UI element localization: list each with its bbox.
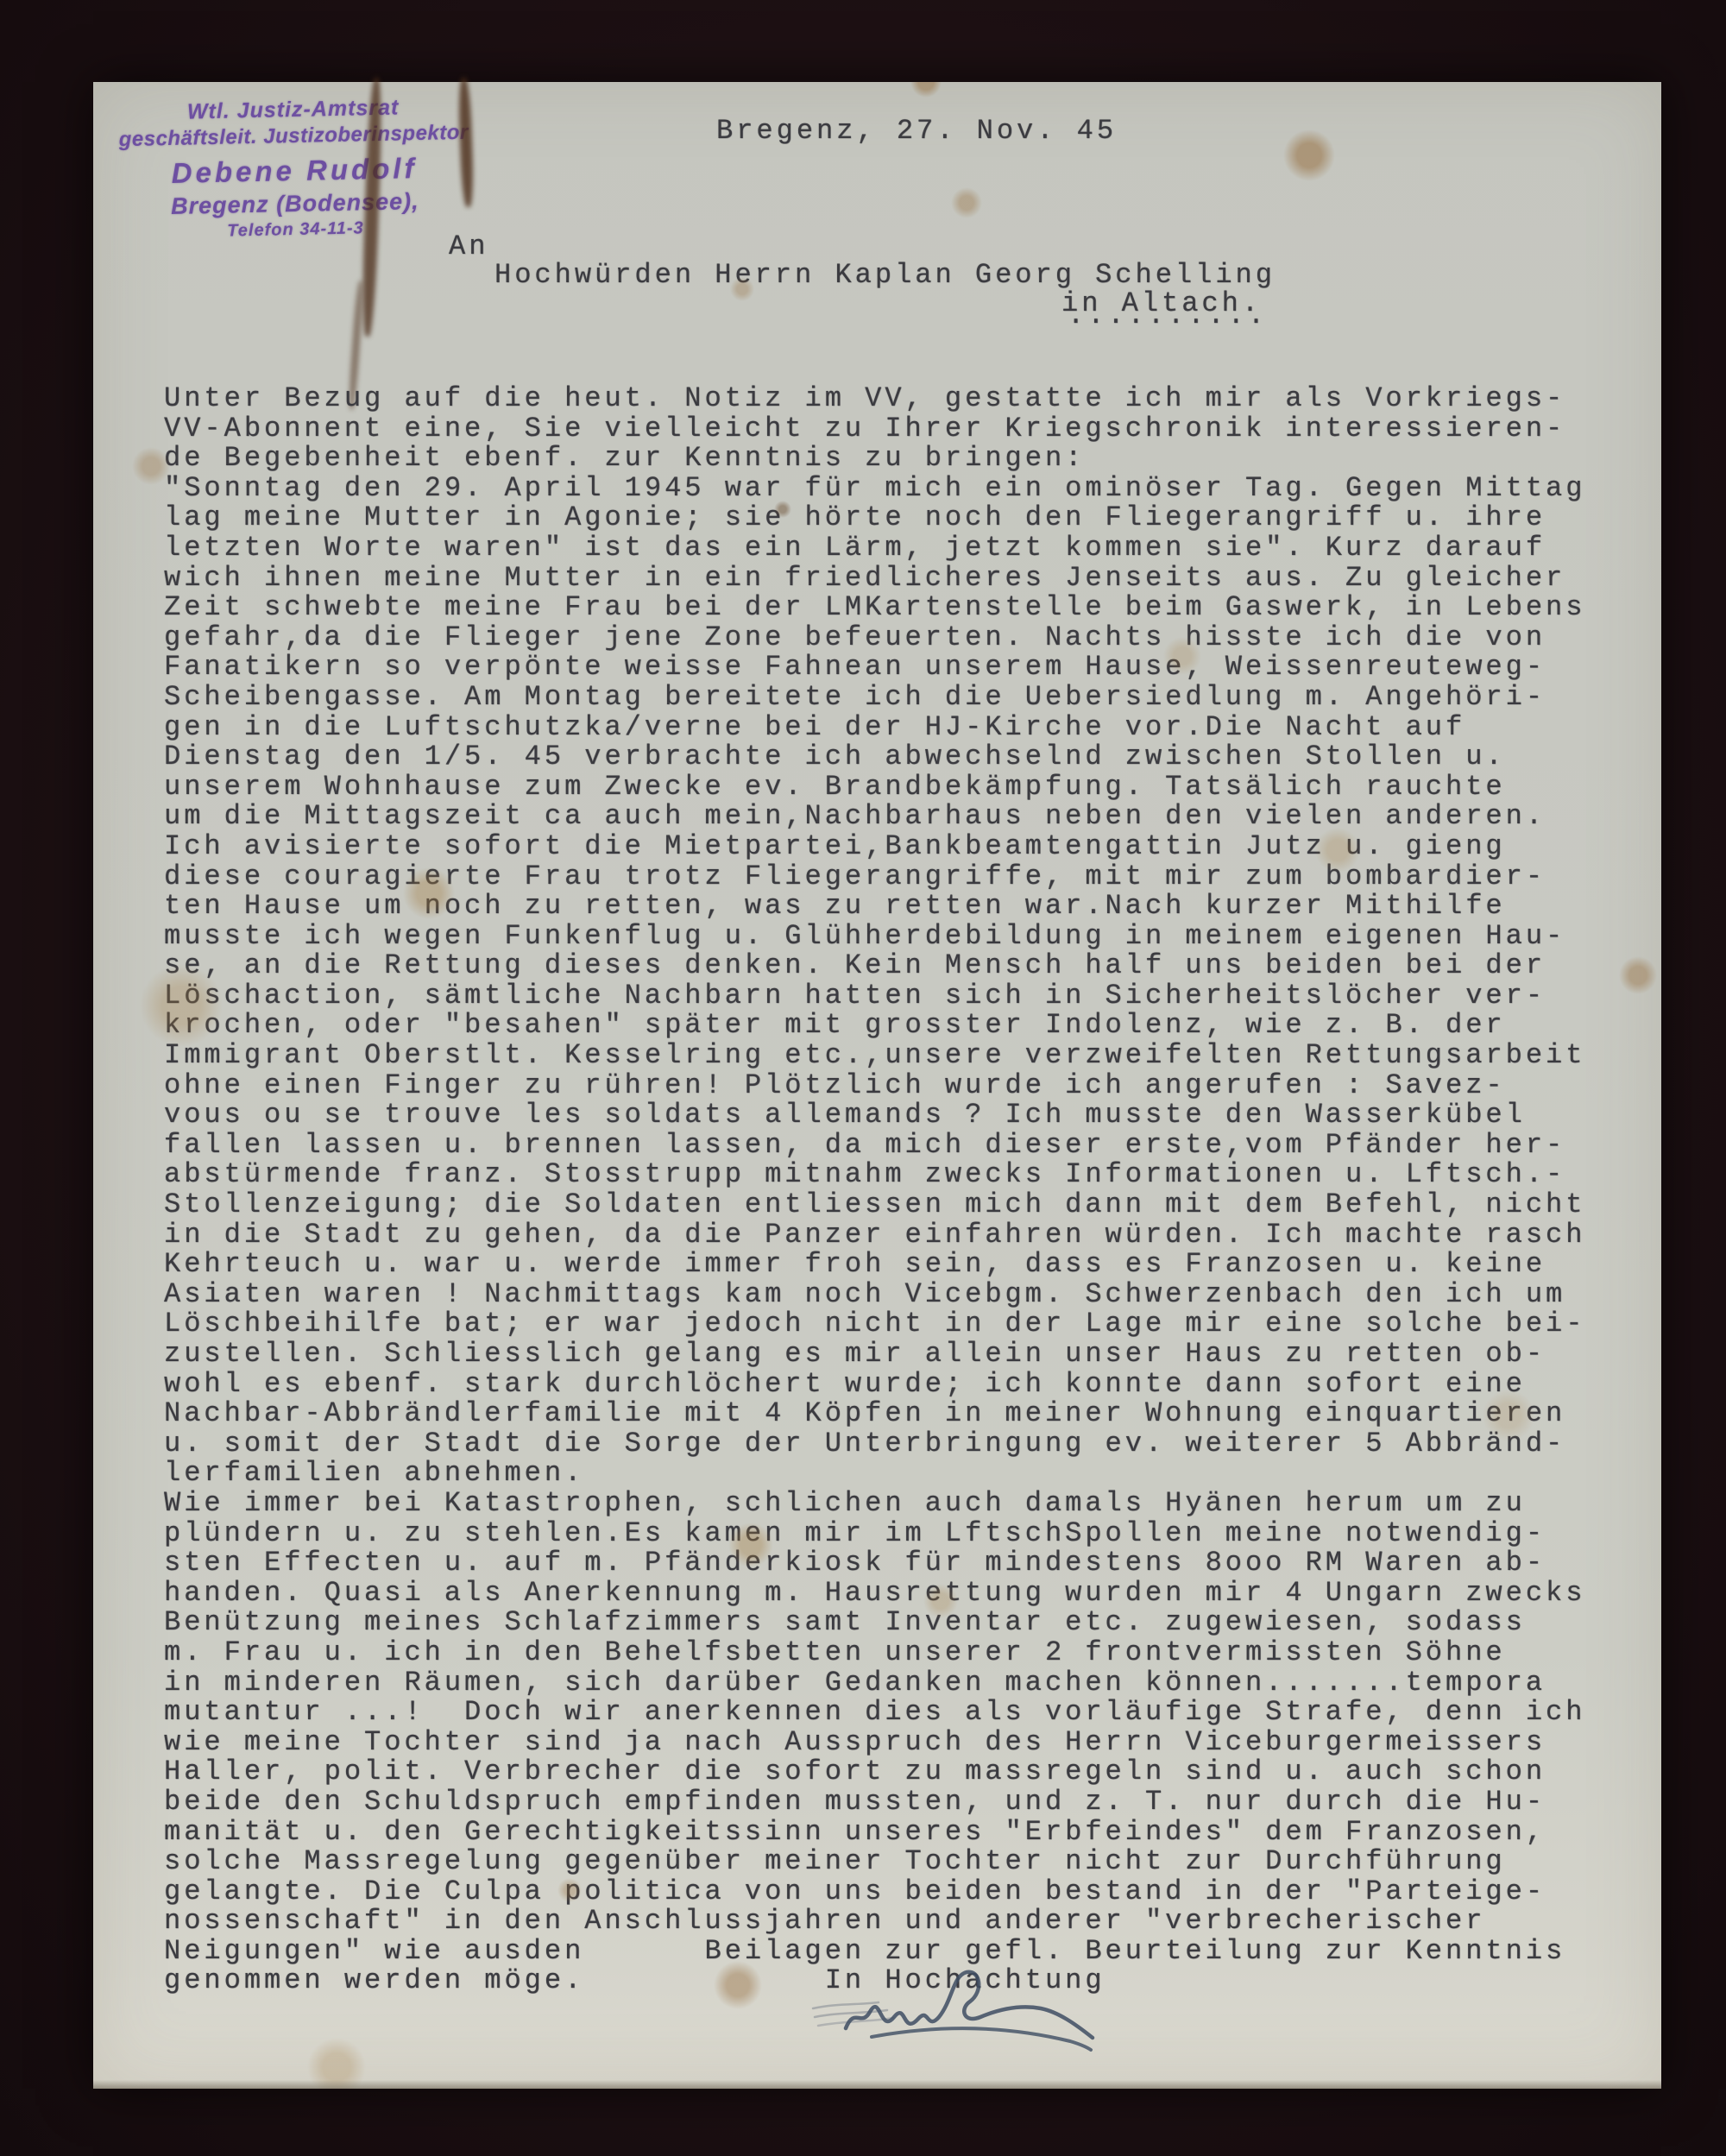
letter-line: Wie immer bei Katastrophen, schlichen au… — [164, 1489, 1648, 1519]
letter-line: wohl es ebenf. stark durchlöchert wurde;… — [164, 1370, 1648, 1400]
handwritten-signature — [811, 1955, 1122, 2067]
letter-line: Löschaction, sämtliche Nachbarn hatten s… — [164, 981, 1648, 1012]
letter-line: Nachbar-Abbrändlerfamilie mit 4 Köpfen i… — [164, 1399, 1648, 1429]
letter-line: nossenschaft" in den Anschlussjahren und… — [164, 1907, 1648, 1937]
letter-line: lerfamilien abnehmen. — [164, 1459, 1648, 1489]
date-line: Bregenz, 27. Nov. 45 — [716, 115, 1117, 147]
letter-line: lag meine Mutter in Agonie; sie hörte no… — [164, 503, 1648, 533]
letter-line: Ich avisierte sofort die Mietpartei,Bank… — [164, 832, 1648, 862]
letter-line: sten Effecten u. auf m. Pfänderkiosk für… — [164, 1548, 1648, 1579]
office-stamp: Wtl. Justiz-Amtsratgeschäftsleit. Justiz… — [98, 91, 489, 244]
letter-line: plündern u. zu stehlen.Es kamen mir im L… — [164, 1519, 1648, 1549]
recipient-underline-dots: .......... — [1068, 299, 1268, 331]
letter-line: krochen, oder "besahen" später mit gross… — [164, 1011, 1648, 1041]
letter-line: diese couragierte Frau trotz Fliegerangr… — [164, 862, 1648, 892]
letter-line: abstürmende franz. Stosstrupp mitnahm zw… — [164, 1160, 1648, 1190]
letter-line: in minderen Räumen, sich darüber Gedanke… — [164, 1668, 1648, 1699]
letter-line: m. Frau u. ich in den Behelfsbetten unse… — [164, 1638, 1648, 1668]
letter-line: Fanatikern so verpönte weisse Fahnean un… — [164, 652, 1648, 683]
paper-bottom-edge — [93, 2080, 1661, 2089]
letter-line: gefahr,da die Flieger jene Zone befeuert… — [164, 623, 1648, 653]
letter-line: um die Mittagszeit ca auch mein,Nachbarh… — [164, 802, 1648, 832]
letter-line: manität u. den Gerechtigkeitssinn unsere… — [164, 1818, 1648, 1848]
letter-line: Benützung meines Schlafzimmers samt Inve… — [164, 1608, 1648, 1638]
letter-line: gelangte. Die Culpa politica von uns bei… — [164, 1877, 1648, 1907]
letter-line: Kehrteuch u. war u. werde immer froh sei… — [164, 1250, 1648, 1280]
letter-line: Scheibengasse. Am Montag bereitete ich d… — [164, 683, 1648, 713]
letter-line: u. somit der Stadt die Sorge der Unterbr… — [164, 1429, 1648, 1459]
letter-line: unserem Wohnhause zum Zwecke ev. Brandbe… — [164, 772, 1648, 803]
letter-line: beide den Schuldspruch empfinden mussten… — [164, 1787, 1648, 1818]
letter-line: zustellen. Schliesslich gelang es mir al… — [164, 1340, 1648, 1370]
letter-line: Löschbeihilfe bat; er war jedoch nicht i… — [164, 1309, 1648, 1340]
letter-line: ohne einen Finger zu rühren! Plötzlich w… — [164, 1071, 1648, 1101]
letter-page: Wtl. Justiz-Amtsratgeschäftsleit. Justiz… — [93, 82, 1661, 2089]
letter-line: handen. Quasi als Anerkennung m. Hausret… — [164, 1579, 1648, 1609]
letter-line: se, an die Rettung dieses denken. Kein M… — [164, 951, 1648, 981]
letter-line: Unter Bezug auf die heut. Notiz im VV, g… — [164, 384, 1648, 414]
letter-line: solche Massregelung gegenüber meiner Toc… — [164, 1847, 1648, 1877]
letter-line: Zeit schwebte meine Frau bei der LMKarte… — [164, 593, 1648, 623]
scanned-letter-photo: { "letter": { "stamp": { "lines": [ "Wtl… — [0, 0, 1726, 2156]
letter-line: Asiaten waren ! Nachmittags kam noch Vic… — [164, 1280, 1648, 1310]
letter-line: Dienstag den 1/5. 45 verbrachte ich abwe… — [164, 742, 1648, 772]
letter-line: fallen lassen u. brennen lassen, da mich… — [164, 1131, 1648, 1161]
recipient-salutation: An — [449, 230, 488, 262]
letter-line: wie meine Tochter sind ja nach Ausspruch… — [164, 1728, 1648, 1758]
letter-line: VV-Abonnent eine, Sie vielleicht zu Ihre… — [164, 414, 1648, 444]
recipient-name: Hochwürden Herrn Kaplan Georg Schelling — [494, 259, 1276, 291]
letter-body: Unter Bezug auf die heut. Notiz im VV, g… — [164, 384, 1648, 1996]
letter-line: mutantur ...! Doch wir anerkennen dies a… — [164, 1698, 1648, 1728]
letter-line: Immigrant Oberstlt. Kesselring etc.,unse… — [164, 1041, 1648, 1071]
letter-line: gen in die Luftschutzka/verne bei der HJ… — [164, 713, 1648, 743]
letter-line: Haller, polit. Verbrecher die sofort zu … — [164, 1757, 1648, 1787]
letter-line: in die Stadt zu gehen, da die Panzer ein… — [164, 1220, 1648, 1251]
letter-line: "Sonntag den 29. April 1945 war für mich… — [164, 474, 1648, 504]
letter-line: musste ich wegen Funkenflug u. Glühherde… — [164, 922, 1648, 952]
letter-line: ten Hause um noch zu retten, was zu rett… — [164, 892, 1648, 922]
letter-line: vous ou se trouve les soldats allemands … — [164, 1100, 1648, 1131]
letter-line: letzten Worte waren" ist das ein Lärm, j… — [164, 533, 1648, 564]
letter-line: de Begebenheit ebenf. zur Kenntnis zu br… — [164, 444, 1648, 474]
letter-line: wich ihnen meine Mutter in ein friedlich… — [164, 564, 1648, 594]
letter-line: Stollenzeigung; die Soldaten entliessen … — [164, 1190, 1648, 1220]
